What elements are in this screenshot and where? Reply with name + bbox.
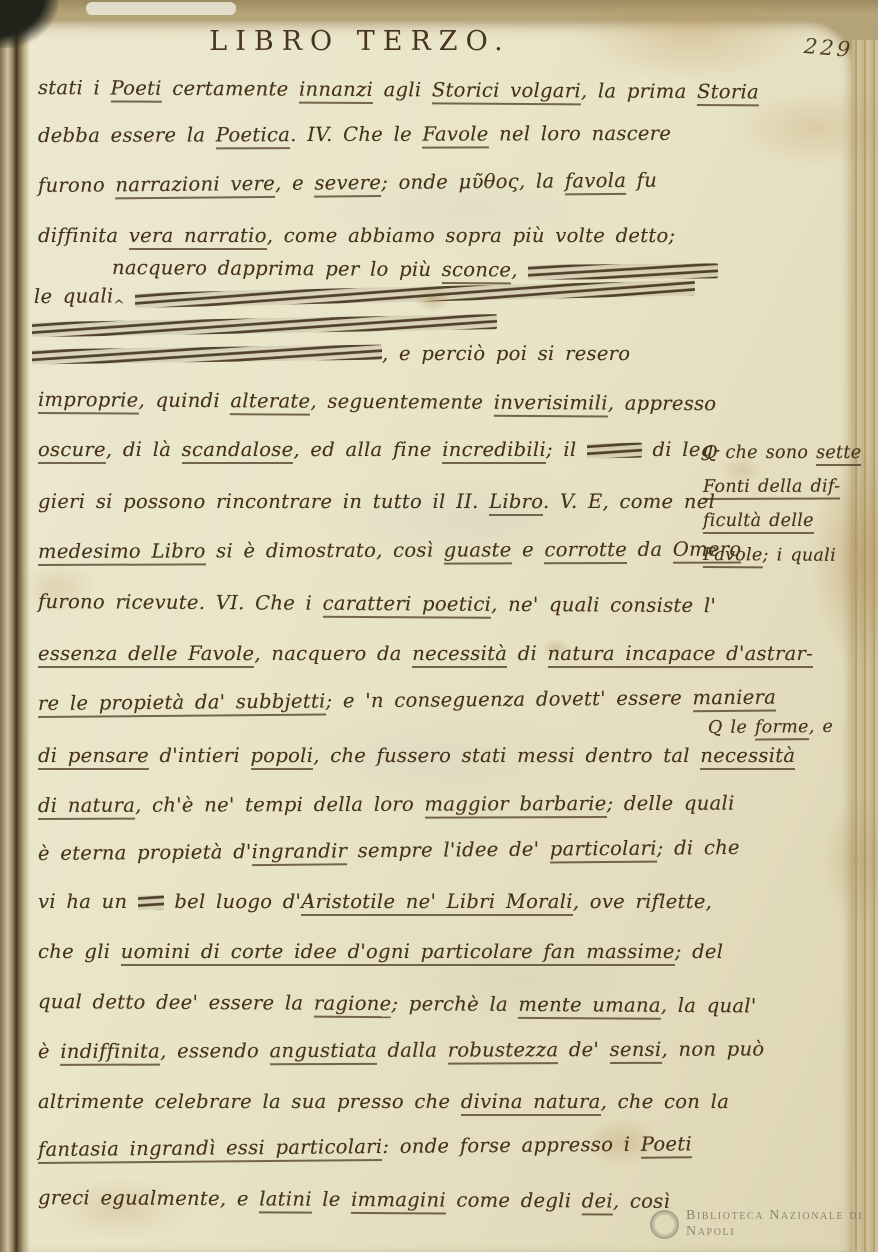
text-segment: diffinita <box>38 224 129 247</box>
text-segment: , <box>511 258 528 281</box>
cancelled-scribble <box>135 280 695 308</box>
text-segment: debba essere la <box>38 123 216 147</box>
margin-note-line: Q le forme, e <box>708 717 833 738</box>
text-segment: d'intieri <box>149 744 251 767</box>
manuscript-line: furono ricevute. VI. Che i caratteri poe… <box>38 590 716 617</box>
manuscript-line: greci egualmente, e latini le immagini c… <box>38 1186 670 1213</box>
text-segment: greci egualmente, e <box>38 1186 259 1210</box>
text-segment: altrimente celebrare la sua presso che <box>38 1090 461 1113</box>
underlined-text: medesimo Libro <box>38 539 206 566</box>
underlined-text: di pensare <box>38 744 149 770</box>
manuscript-line: diffinita vera narratio, come abbiamo so… <box>38 224 675 247</box>
text-segment: Q che sono <box>703 443 816 463</box>
underlined-text: caratteri poetici <box>323 592 492 619</box>
manuscript-line: stati i Poeti certamente innanzi agli St… <box>38 76 759 103</box>
underlined-text: re le propietà da' subbjetti <box>38 689 326 718</box>
binding-gutter <box>0 0 30 1252</box>
text-segment: , come abbiamo sopra più volte detto; <box>267 224 676 247</box>
text-segment: , che con la <box>601 1090 730 1113</box>
text-segment: le quali <box>34 284 114 308</box>
text-segment: le <box>312 1188 352 1211</box>
underlined-text: Favole <box>422 122 488 148</box>
text-segment: ; perchè la <box>391 992 518 1016</box>
manuscript-line: altrimente celebrare la sua presso che d… <box>38 1090 729 1113</box>
underlined-text: indiffinita <box>60 1040 160 1066</box>
underlined-text: dei <box>582 1189 613 1215</box>
text-segment: fu <box>626 169 657 192</box>
text-segment: nacquero dapprima per lo più <box>112 256 442 281</box>
text-segment: ; i quali <box>763 545 837 565</box>
underlined-text: particolari <box>550 837 657 864</box>
library-watermark: Biblioteca Nazionale di Napoli <box>650 1208 878 1240</box>
text-segment: stati i <box>38 76 111 99</box>
cancelled-scribble <box>587 443 642 459</box>
underlined-text: popoli <box>251 744 314 770</box>
text-segment: , nacquero da <box>254 642 412 665</box>
underlined-text: angustiata <box>270 1039 377 1065</box>
library-monogram-icon <box>650 1210 679 1239</box>
text-segment: ; il <box>546 438 587 461</box>
text-segment: , e <box>809 717 834 737</box>
manuscript-line: oscure, di là scandalose, ed alla fine i… <box>38 438 720 461</box>
text-segment: sempre l'idee de' <box>347 838 550 863</box>
manuscript-line: debba essere la Poetica. IV. Che le Favo… <box>38 122 671 147</box>
text-segment: ; del <box>675 940 724 963</box>
underlined-text: sette <box>816 443 861 466</box>
text-segment: è <box>38 1040 60 1063</box>
text-segment: , di là <box>106 438 182 461</box>
text-segment: come degli <box>446 1188 582 1212</box>
underlined-text: Fonti della dif- <box>703 477 840 500</box>
underlined-text: improprie <box>38 388 139 415</box>
margin-note-line: Fonti della dif- <box>703 477 840 497</box>
text-segment: gieri si possono rincontrare in tutto il… <box>38 490 489 513</box>
underlined-text: Storici volgari <box>432 78 581 105</box>
underlined-text: favola <box>565 169 626 196</box>
text-segment: nel loro nascere <box>489 122 672 146</box>
text-segment: , ed alla fine <box>293 438 442 461</box>
text-segment: : onde forse appresso i <box>382 1133 641 1158</box>
text-segment: furono ricevute. VI. Che i <box>38 590 323 615</box>
text-segment: agli <box>373 78 432 101</box>
text-segment: ; onde μῦθος, la <box>381 169 565 194</box>
underlined-text: maggior barbarie <box>424 792 606 819</box>
text-segment: qual detto dee' essere la <box>38 990 314 1015</box>
manuscript-line: medesimo Libro si è dimostrato, così gua… <box>38 538 742 563</box>
underlined-text: ingrandir <box>252 839 348 866</box>
underlined-text: oscure <box>38 438 106 464</box>
underlined-text: divina natura <box>461 1090 601 1116</box>
underlined-text: robustezza <box>448 1038 559 1064</box>
text-segment: , ove riflette, <box>573 890 712 913</box>
underlined-text: Poetica <box>216 123 290 149</box>
underlined-text: innanzi <box>299 78 373 104</box>
manuscript-line: nacquero dapprima per lo più sconce, <box>112 256 718 283</box>
underlined-text: fantasia ingrandì essi particolari <box>38 1135 383 1164</box>
text-segment: si è dimostrato, così <box>206 539 444 563</box>
manuscript-line <box>32 312 497 337</box>
text-segment: , essendo <box>160 1039 270 1062</box>
underleaf-sliver <box>86 2 236 15</box>
paper-sheet <box>10 20 854 1252</box>
text-segment: ; e 'n conseguenza dovett' essere <box>325 686 692 712</box>
text-segment: da <box>627 538 673 561</box>
text-segment: , e <box>275 172 315 195</box>
underlined-text: sensi <box>610 1038 662 1064</box>
underlined-text: ragione <box>314 992 392 1018</box>
text-segment: ; di che <box>657 836 740 860</box>
text-segment: , quindi <box>138 389 230 413</box>
text-segment: , ne' quali consiste l' <box>491 593 716 617</box>
page-right-edge <box>852 40 878 1252</box>
cancelled-scribble <box>528 263 718 279</box>
text-segment: che gli <box>38 940 121 963</box>
margin-note-line: Q che sono sette <box>703 443 861 463</box>
manuscript-line: furono narrazioni vere, e severe; onde μ… <box>38 169 657 197</box>
underlined-text: Storia <box>697 80 759 106</box>
underlined-text: vera narratio <box>129 224 267 250</box>
manuscript-line: è eterna propietà d'ingrandir sempre l'i… <box>38 836 740 865</box>
underlined-text: narrazioni vere <box>115 172 275 199</box>
underlined-text: Poeti <box>641 1132 692 1158</box>
underlined-text: scandalose <box>182 438 294 464</box>
manuscript-line: , e perciò poi si resero <box>32 342 630 365</box>
underlined-text: Aristotile ne' Libri Morali <box>301 890 573 916</box>
manuscript-line: di natura, ch'è ne' tempi della loro mag… <box>38 792 735 817</box>
manuscript-line: è indiffinita, essendo angustiata dalla … <box>38 1037 765 1063</box>
underlined-text: necessità <box>700 744 795 770</box>
underlined-text: Favole <box>703 545 763 568</box>
underlined-text: corrotte <box>544 538 627 564</box>
page-title: LIBRO TERZO. <box>40 26 680 57</box>
underlined-text: Poeti <box>110 76 161 102</box>
cancelled-scribble <box>32 345 382 365</box>
text-segment: , non può <box>661 1037 764 1060</box>
underlined-text: alterate <box>230 389 310 415</box>
text-segment: certamente <box>162 77 299 101</box>
text-segment: , e perciò poi si resero <box>382 342 630 365</box>
cancelled-scribble <box>32 314 497 337</box>
manuscript-scan: LIBRO TERZO. 229 stati i Poeti certament… <box>0 0 878 1252</box>
text-segment: ; delle quali <box>607 792 735 815</box>
manuscript-line: essenza delle Favole, nacquero da necess… <box>38 642 813 665</box>
text-segment: de' <box>558 1038 609 1061</box>
text-segment: , seguentemente <box>310 390 494 414</box>
text-segment: , ch'è ne' tempi della loro <box>135 793 424 817</box>
text-segment: è eterna propietà d' <box>38 840 252 865</box>
text-segment: , la qual' <box>661 994 757 1018</box>
underlined-text: inverisimili <box>494 391 608 418</box>
cancelled-scribble <box>138 895 164 910</box>
manuscript-line: vi ha un bel luogo d'Aristotile ne' Libr… <box>38 890 712 913</box>
text-segment: . V. E, come nel <box>543 490 715 513</box>
text-segment <box>124 284 135 307</box>
underlined-text: incredibili <box>442 438 546 464</box>
manuscript-line: che gli uomini di corte idee d'ogni part… <box>38 940 723 963</box>
manuscript-line: qual detto dee' essere la ragione; perch… <box>38 990 757 1017</box>
text-segment: , la prima <box>581 79 697 103</box>
manuscript-line: le quali^ <box>34 279 695 314</box>
margin-note-line: ficultà delle <box>703 511 814 531</box>
underlined-text: di natura <box>38 794 135 820</box>
text-segment: bel luogo d' <box>164 890 301 913</box>
underlined-text: necessità <box>412 642 507 668</box>
text-segment: , appresso <box>608 391 717 415</box>
text-segment: . IV. Che le <box>290 123 422 146</box>
manuscript-line: gieri si possono rincontrare in tutto il… <box>38 490 715 513</box>
text-segment: vi ha un <box>38 890 138 913</box>
underlined-text: essenza delle Favole <box>38 642 254 668</box>
underlined-text: Libro <box>489 490 543 516</box>
underlined-text: guaste <box>444 538 512 564</box>
margin-note-line: Favole; i quali <box>703 545 836 566</box>
text-segment: e <box>512 538 545 561</box>
text-segment: , che fussero stati messi dentro tal <box>313 744 700 767</box>
underlined-text: uomini di corte idee d'ogni particolare … <box>121 940 675 966</box>
page-number: 229 <box>803 34 854 62</box>
manuscript-line: improprie, quindi alterate, seguentement… <box>38 388 717 415</box>
underlined-text: forme <box>755 717 809 740</box>
underlined-text: immagini <box>351 1188 446 1215</box>
underlined-text: latini <box>259 1187 312 1213</box>
text-segment: dalla <box>377 1039 448 1062</box>
text-segment: Q le <box>708 718 755 738</box>
text-segment: ^ <box>114 298 125 313</box>
underlined-text: mente umana <box>518 993 660 1020</box>
manuscript-line: di pensare d'intieri popoli, che fussero… <box>38 744 795 767</box>
text-segment: di <box>507 642 547 665</box>
underlined-text: natura incapace d'astrar- <box>548 642 814 668</box>
text-segment: furono <box>38 173 116 197</box>
underlined-text: ficultà delle <box>703 511 814 534</box>
watermark-label: Biblioteca Nazionale di Napoli <box>686 1208 878 1240</box>
underlined-text: maniera <box>692 686 776 713</box>
underlined-text: severe <box>314 171 381 198</box>
